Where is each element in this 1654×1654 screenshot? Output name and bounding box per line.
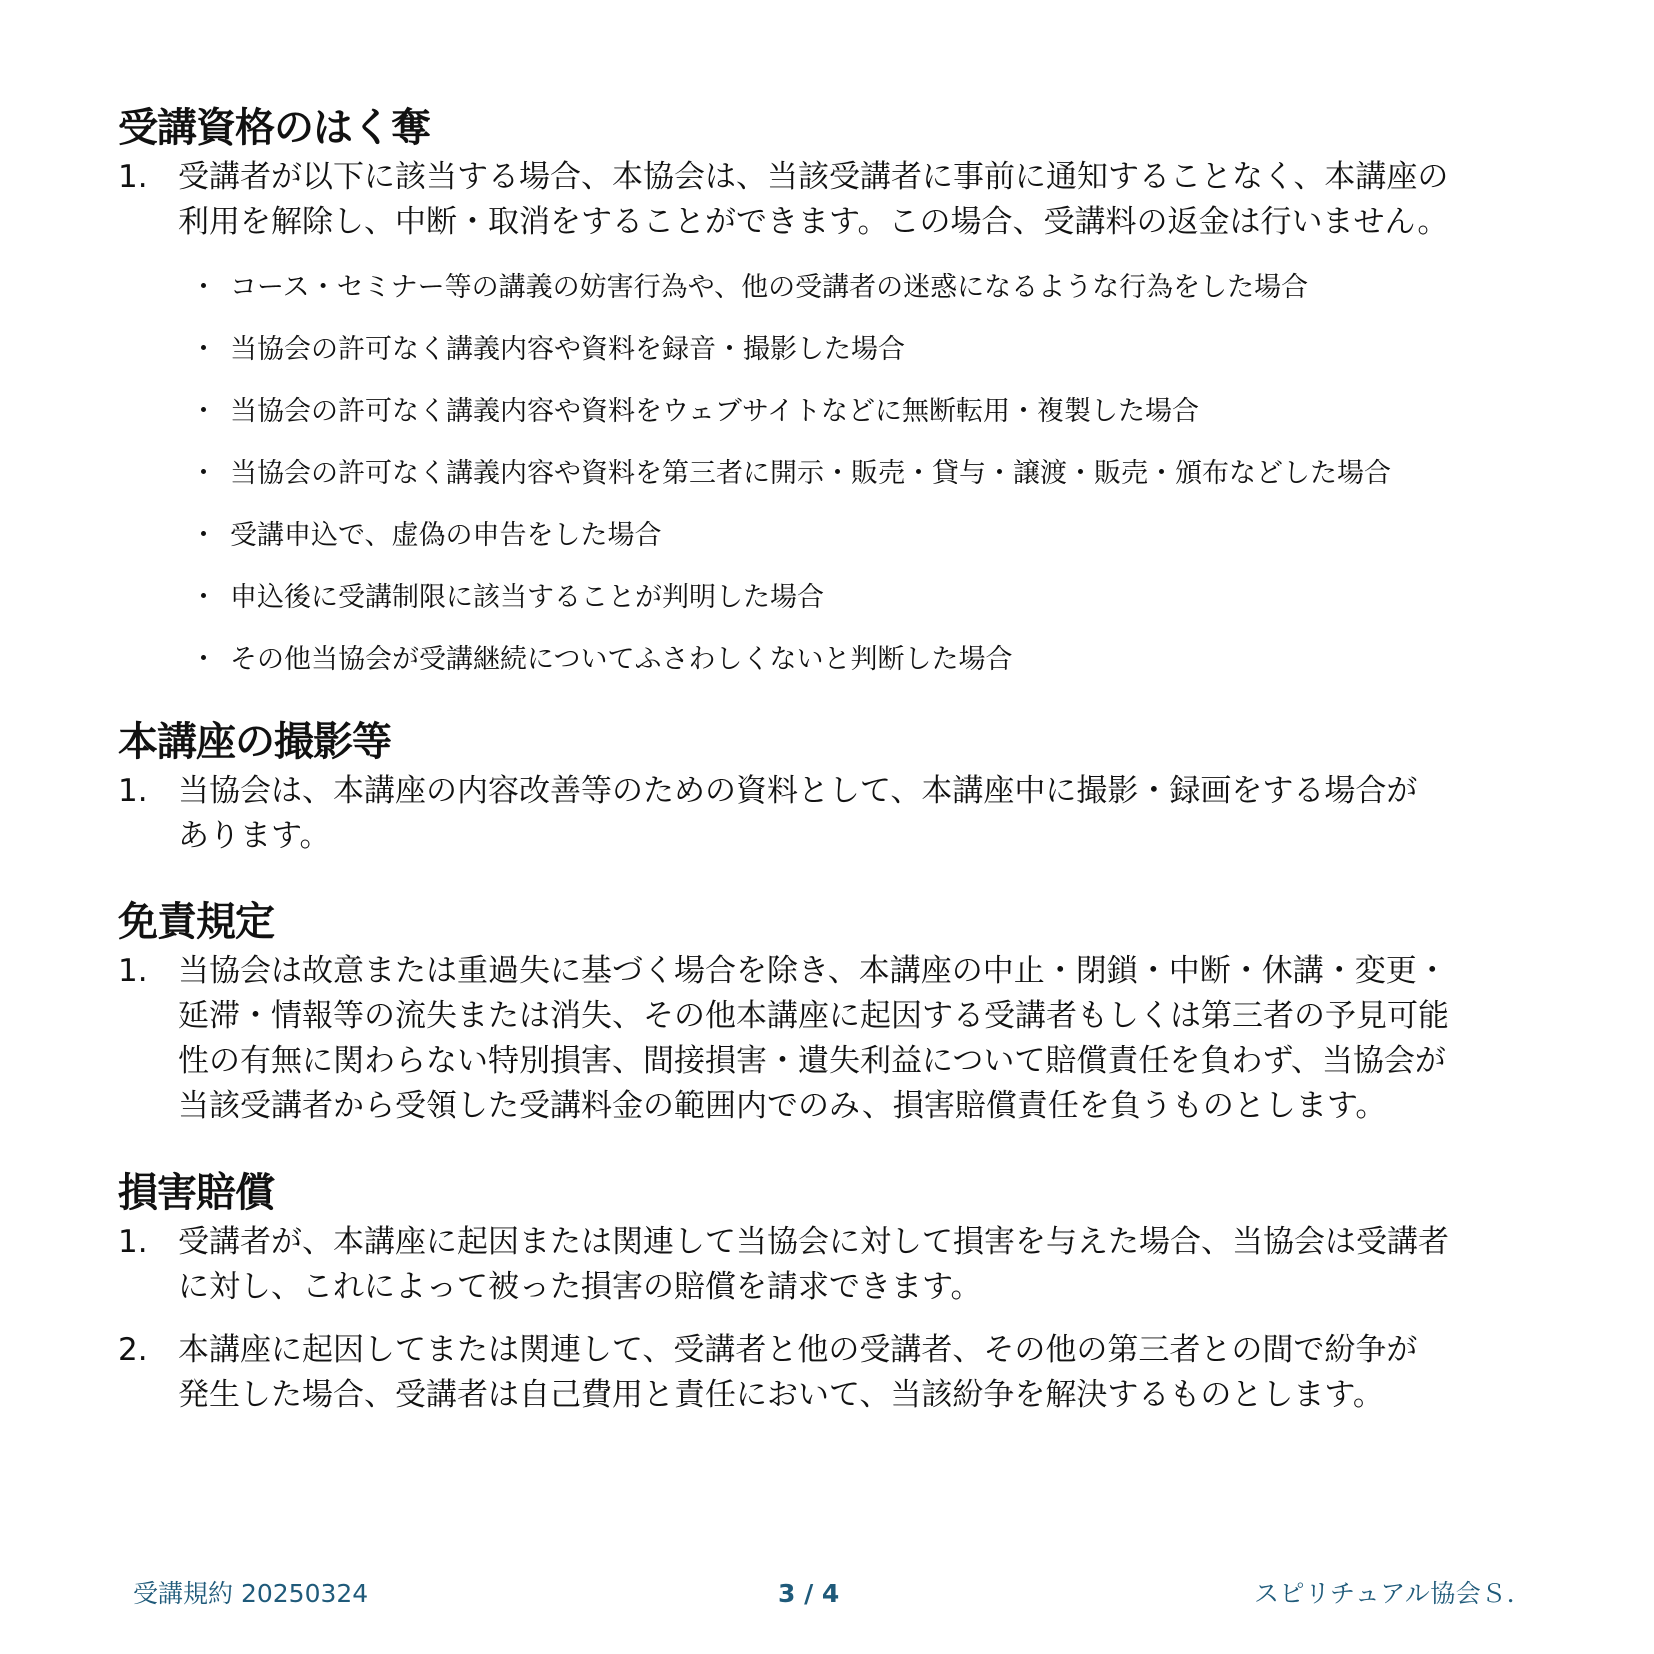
section-heading-recording: 本講座の撮影等 (118, 718, 391, 766)
item-text-line: に対し、これによって被った損害の賠償を請求できます。 (178, 1265, 1558, 1310)
numbered-item: 1. 当協会は故意または重過失に基づく場合を除き、本講座の中止・閉鎖・中断・休講… (118, 949, 1558, 1129)
section-heading-disclaimer: 免責規定 (118, 898, 274, 946)
item-text-line: 当該受講者から受領した受講料金の範囲内でのみ、損害賠償責任を負うものとします。 (178, 1084, 1558, 1129)
bullet-text: 当協会の許可なく講義内容や資料を第三者に開示・販売・貸与・譲渡・販売・頒布などし… (230, 456, 1550, 492)
item-number: 1. (118, 769, 178, 814)
item-text-line: 当協会は、本講座の内容改善等のための資料として、本講座中に撮影・録画をする場合が (178, 769, 1558, 814)
item-number: 2. (118, 1328, 178, 1373)
bullet-item: ・ 当協会の許可なく講義内容や資料をウェブサイトなどに無断転用・複製した場合 (190, 394, 1550, 430)
bullet-item: ・ 当協会の許可なく講義内容や資料を録音・撮影した場合 (190, 332, 1550, 368)
bullet-text: その他当協会が受講継続についてふさわしくないと判断した場合 (230, 642, 1550, 678)
section-heading-damages: 損害賠償 (118, 1169, 274, 1217)
footer-organization: スピリチュアル協会Ｓ． (1254, 1578, 1532, 1610)
bullet-icon: ・ (190, 394, 230, 430)
footer-document-title: 受講規約 20250324 (133, 1578, 368, 1610)
document-page: 受講資格のはく奪 1. 受講者が以下に該当する場合、本協会は、当該受講者に事前に… (0, 0, 1654, 1654)
bullet-text: 当協会の許可なく講義内容や資料を録音・撮影した場合 (230, 332, 1550, 368)
item-text-line: あります。 (178, 814, 1558, 859)
item-text-line: 性の有無に関わらない特別損害、間接損害・遺失利益について賠償責任を負わず、当協会… (178, 1039, 1558, 1084)
item-text-line: 延滞・情報等の流失または消失、その他本講座に起因する受講者もしくは第三者の予見可… (178, 994, 1558, 1039)
bullet-text: 当協会の許可なく講義内容や資料をウェブサイトなどに無断転用・複製した場合 (230, 394, 1550, 430)
bullet-icon: ・ (190, 518, 230, 554)
numbered-item: 2. 本講座に起因してまたは関連して、受講者と他の受講者、その他の第三者との間で… (118, 1328, 1558, 1418)
bullet-icon: ・ (190, 332, 230, 368)
bullet-item: ・ コース・セミナー等の講義の妨害行為や、他の受講者の迷惑になるような行為をした… (190, 270, 1550, 306)
item-text-line: 受講者が以下に該当する場合、本協会は、当該受講者に事前に通知することなく、本講座… (178, 155, 1558, 200)
bullet-item: ・ その他当協会が受講継続についてふさわしくないと判断した場合 (190, 642, 1550, 678)
numbered-item: 1. 当協会は、本講座の内容改善等のための資料として、本講座中に撮影・録画をする… (118, 769, 1558, 859)
bullet-item: ・ 当協会の許可なく講義内容や資料を第三者に開示・販売・貸与・譲渡・販売・頒布な… (190, 456, 1550, 492)
numbered-item: 1. 受講者が、本講座に起因または関連して当協会に対して損害を与えた場合、当協会… (118, 1220, 1558, 1310)
item-number: 1. (118, 155, 178, 200)
footer-page-number: 3 / 4 (778, 1578, 839, 1610)
numbered-item: 1. 受講者が以下に該当する場合、本協会は、当該受講者に事前に通知することなく、… (118, 155, 1558, 245)
item-text-line: 利用を解除し、中断・取消をすることができます。この場合、受講料の返金は行いません… (178, 200, 1558, 245)
item-text-line: 受講者が、本講座に起因または関連して当協会に対して損害を与えた場合、当協会は受講… (178, 1220, 1558, 1265)
item-text-line: 発生した場合、受講者は自己費用と責任において、当該紛争を解決するものとします。 (178, 1373, 1558, 1418)
bullet-icon: ・ (190, 642, 230, 678)
bullet-text: 受講申込で、虚偽の申告をした場合 (230, 518, 1550, 554)
item-text-line: 本講座に起因してまたは関連して、受講者と他の受講者、その他の第三者との間で紛争が (178, 1328, 1558, 1373)
bullet-item: ・ 申込後に受講制限に該当することが判明した場合 (190, 580, 1550, 616)
bullet-icon: ・ (190, 580, 230, 616)
bullet-text: コース・セミナー等の講義の妨害行為や、他の受講者の迷惑になるような行為をした場合 (230, 270, 1550, 306)
item-number: 1. (118, 1220, 178, 1265)
section-heading-disqualification: 受講資格のはく奪 (118, 104, 430, 152)
item-text-line: 当協会は故意または重過失に基づく場合を除き、本講座の中止・閉鎖・中断・休講・変更… (178, 949, 1558, 994)
bullet-icon: ・ (190, 270, 230, 306)
bullet-item: ・ 受講申込で、虚偽の申告をした場合 (190, 518, 1550, 554)
bullet-icon: ・ (190, 456, 230, 492)
bullet-text: 申込後に受講制限に該当することが判明した場合 (230, 580, 1550, 616)
item-number: 1. (118, 949, 178, 994)
